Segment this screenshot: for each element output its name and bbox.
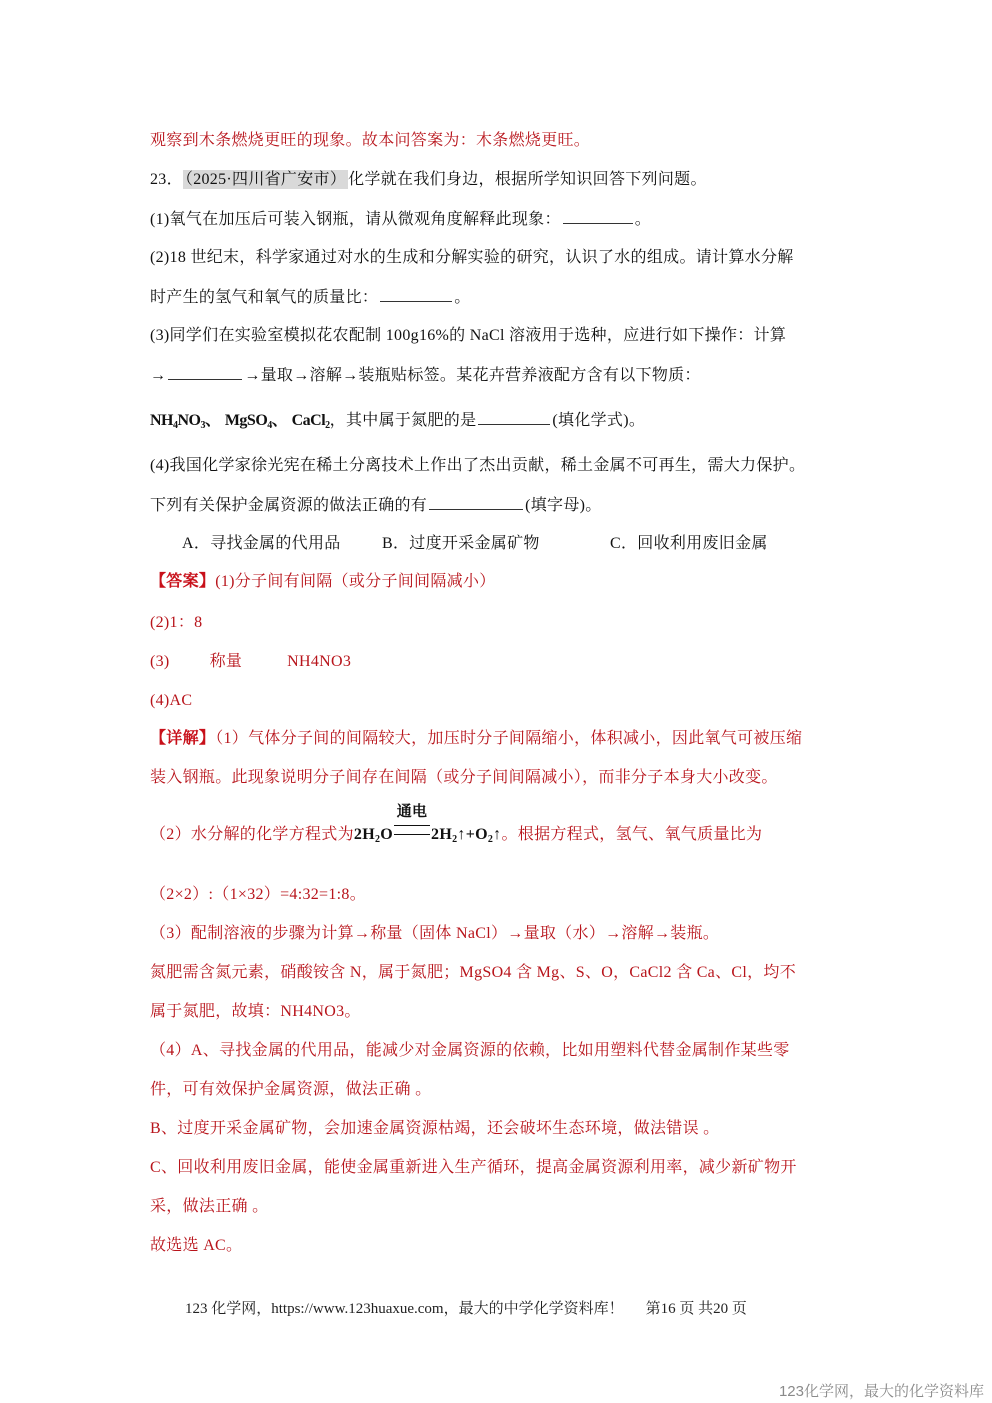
answer-line-3: (3)称量NH4NO3 [150,652,351,672]
arrow: → [150,367,166,384]
answer-2: (2)1：8 [150,613,202,633]
q1-end: 。 [635,211,651,228]
q4-end: (填字母)。 [525,497,601,514]
q4-text: 下列有关保护金属资源的做法正确的有 [150,497,427,514]
formula-mgso4: MgSO4、 [225,412,287,429]
question-source: （2025·四川省广安市） [183,170,348,189]
answer-3-value-1: 称量 [210,653,243,670]
detail-line-2: 装入钢瓶。此现象说明分子间存在间隔（或分子间间隔减小），而非分子本身大小改变。 [150,768,778,788]
q3-formula-blank [478,410,550,425]
detail-equation-line: （2）水分解的化学方程式为2H2O通电2H2↑+O2↑。根据方程式，氢气、氧气质… [150,825,762,845]
q4-answer-blank [429,495,523,510]
q3-step-blank [168,365,242,380]
answer-1: (1)分子间有间隔（或分子间间隔减小） [215,573,495,590]
question-part-4-options: A．寻找金属的代用品B．过度开采金属矿物C．回收利用废旧金属 [182,534,768,554]
watermark: 123化学网，最大的化学资料库 [779,1380,984,1401]
question-part-4-line1: (4)我国化学家徐光宪在稀土分离技术上作出了杰出贡献，稀土金属不可再生，需大力保… [150,456,805,476]
detail-1-text: （1）气体分子间的间隔较大，加压时分子间隔缩小，体积减小，因此氧气可被压缩 [215,730,802,747]
option-b: B．过度开采金属矿物 [382,534,610,554]
gas-arrow-icon: ↑ [457,826,465,843]
answer-3-value-2: NH4NO3 [287,653,351,670]
question-part-3-line1: (3)同学们在实验室模拟花农配制 100g16%的 NaCl 溶液用于选种，应进… [150,326,786,346]
answer-3-number: (3) [150,653,170,670]
answer-tag: 【答案】 [150,573,215,590]
q2-text: 时产生的氢气和氧气的质量比： [150,289,378,306]
page-number: 第16 页 共20 页 [646,1301,747,1317]
answer-line-1: 【答案】(1)分子间有间隔（或分子间间隔减小） [150,572,496,592]
formula-nh4no3: NH4NO3、 [150,412,221,429]
q1-text: (1)氧气在加压后可装入钢瓶，请从微观角度解释此现象： [150,211,561,228]
detail-2-prefix: （2）水分解的化学方程式为 [150,826,354,843]
q3-text: →量取→溶解→装瓶贴标签。某花卉营养液配方含有以下物质： [244,367,700,384]
question-header: 23．（2025·四川省广安市）化学就在我们身边，根据所学知识回答下列问题。 [150,170,707,190]
question-stem: 化学就在我们身边，根据所学知识回答下列问题。 [348,171,707,188]
question-part-2-line1: (2)18 世纪末，科学家通过对水的生成和分解实验的研究，认识了水的组成。请计算… [150,248,794,268]
detail-3-line-2: 氮肥需含氮元素，硝酸铵含 N，属于氮肥；MgSO4 含 Mg、S、O，CaCl2… [150,963,796,983]
equals-sign-with-condition: 通电 [394,825,430,835]
chemical-equation: 2H2O通电2H2↑+O2↑ [354,825,502,845]
detail-4-line-1: （4）A、寻找金属的代用品，能减少对金属资源的依赖，比如用塑料代替金属制作某些零 [150,1041,790,1061]
q1-answer-blank [563,209,633,224]
question-part-3-line2: →→量取→溶解→装瓶贴标签。某花卉营养液配方含有以下物质： [150,365,701,386]
formula-cacl2: CaCl2 [292,412,330,429]
detail-3-line-3: 属于氮肥，故填：NH4NO3。 [150,1002,361,1022]
page-footer: 123 化学网，https://www.123huaxue.com，最大的中学化… [185,1297,747,1318]
previous-answer-tail: 观察到木条燃烧更旺的现象。故本问答案为：木条燃烧更旺。 [150,131,590,151]
question-number: 23． [150,171,183,188]
question-part-3-line3: NH4NO3、 MgSO4、 CaCl2，其中属于氮肥的是(填化学式)。 [150,410,645,431]
q2-end: 。 [454,289,470,306]
detail-tag: 【详解】 [150,730,215,747]
detail-2-suffix: 。根据方程式，氢气、氧气质量比为 [501,826,762,843]
detail-4-line-3: B、过度开采金属矿物，会加速金属资源枯竭，还会破坏生态环境，做法错误 。 [150,1119,719,1139]
detail-4-line-2: 件，可有效保护金属资源，做法正确 。 [150,1080,431,1100]
q3-line3-text: ，其中属于氮肥的是 [330,412,477,429]
question-part-2-line2: 时产生的氢气和氧气的质量比：。 [150,287,471,308]
footer-site-text: 123 化学网，https://www.123huaxue.com，最大的中学化… [185,1301,624,1317]
q2-answer-blank [380,287,452,302]
reaction-condition: 通电 [394,802,430,822]
gas-arrow-icon: ↑ [493,826,501,843]
question-part-1: (1)氧气在加压后可装入钢瓶，请从微观角度解释此现象：。 [150,209,651,230]
q3-line3-end: (填化学式)。 [552,412,645,429]
detail-4-line-6: 故选选 AC。 [150,1236,242,1256]
detail-line-1: 【详解】（1）气体分子间的间隔较大，加压时分子间隔缩小，体积减小，因此氧气可被压… [150,729,802,749]
detail-4-line-4: C、回收利用废旧金属，能使金属重新进入生产循环，提高金属资源利用率，减少新矿物开 [150,1158,797,1178]
detail-4-line-5: 采，做法正确 。 [150,1197,268,1217]
question-part-4-line2: 下列有关保护金属资源的做法正确的有(填字母)。 [150,495,602,516]
option-a: A．寻找金属的代用品 [182,534,382,554]
answer-4: (4)AC [150,691,192,711]
option-c: C．回收利用废旧金属 [610,534,768,554]
detail-3-line-1: （3）配制溶液的步骤为计算→称量（固体 NaCl）→量取（水）→溶解→装瓶。 [150,924,719,944]
detail-2-calculation: （2×2）:（1×32）=4:32=1:8。 [150,885,366,905]
